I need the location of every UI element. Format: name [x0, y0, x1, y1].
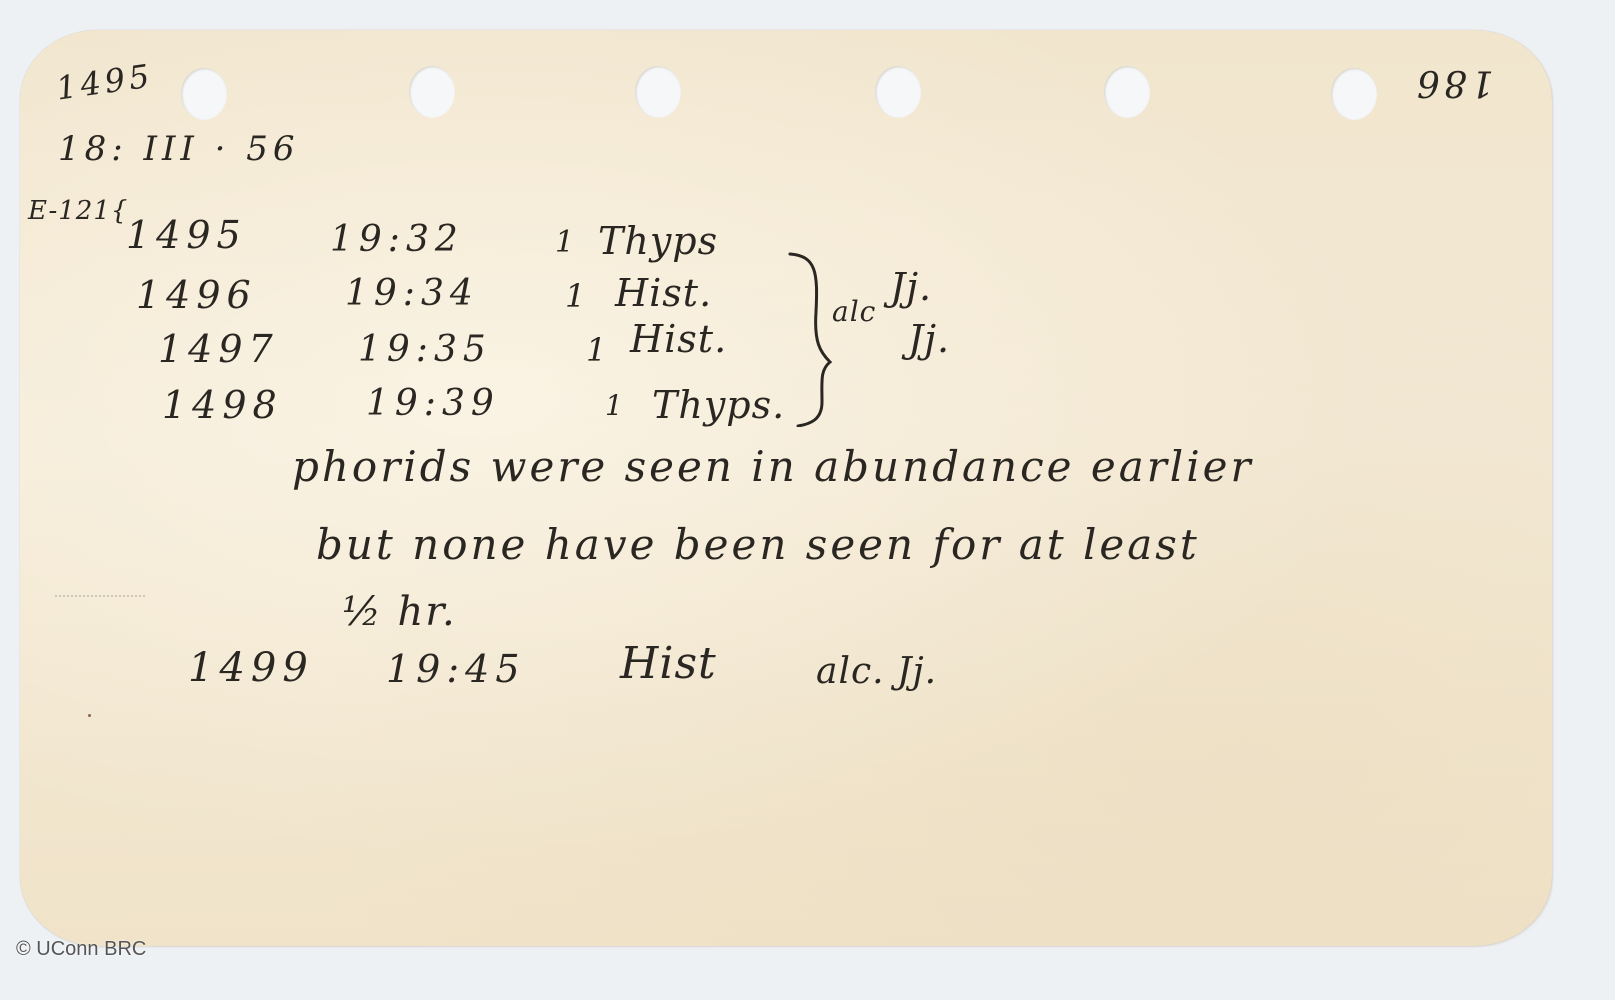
entry-taxon: Hist. — [615, 274, 712, 312]
binder-hole — [1331, 68, 1377, 120]
entry-number: 1495 — [126, 216, 247, 254]
binder-hole — [875, 66, 921, 118]
binder-hole — [409, 66, 455, 118]
corner-number-top-right: 186 — [1413, 64, 1494, 100]
binder-hole — [1104, 66, 1150, 118]
bracket-note-prefix: alc — [832, 298, 876, 326]
entry-number: 1498 — [162, 386, 283, 424]
entry-taxon: Thyps — [598, 222, 718, 260]
paper-speck — [88, 714, 91, 717]
entry-number: 1496 — [136, 276, 257, 314]
binder-hole — [181, 68, 227, 120]
entry-number: 1497 — [158, 330, 279, 368]
specimen-group-label: E-121{ — [28, 198, 128, 224]
collection-date: 18: III · 56 — [58, 132, 300, 166]
entry-taxon: Thyps. — [652, 386, 785, 424]
entry-count: 1 — [605, 392, 629, 420]
bracket-note-line1: Jj. — [890, 268, 932, 306]
index-card: 1495 186 18: III · 56 E-121{ 1495 19:32 … — [20, 30, 1552, 946]
note-line-1: phorids were seen in abundance earlier — [292, 446, 1254, 488]
note-line-3: ½ hr. — [342, 592, 457, 632]
entry-time: 19:32 — [330, 222, 464, 258]
entry-taxon: Hist. — [630, 320, 727, 358]
entry-time: 19:35 — [358, 332, 492, 368]
entry-number: 1499 — [188, 648, 314, 688]
entry-taxon: Hist — [620, 642, 717, 686]
copyright-notice: © UConn BRC — [16, 938, 146, 961]
bracket-note-line2: Jj. — [908, 320, 950, 358]
entry-count: 1 — [586, 334, 612, 366]
entry-time: 19:39 — [366, 386, 500, 422]
corner-number-top-left: 1495 — [54, 59, 155, 104]
entry-time: 19:45 — [386, 650, 526, 688]
entry-count: 1 — [555, 228, 580, 258]
entry-count: 1 — [565, 280, 591, 312]
pencil-smudge — [55, 595, 145, 600]
note-line-2: but none have been seen for at least — [316, 524, 1200, 566]
grouping-brace-icon — [788, 252, 848, 427]
entry-time: 19:34 — [345, 276, 479, 312]
binder-hole — [635, 66, 681, 118]
entry-preservation: alc. Jj. — [816, 654, 937, 690]
